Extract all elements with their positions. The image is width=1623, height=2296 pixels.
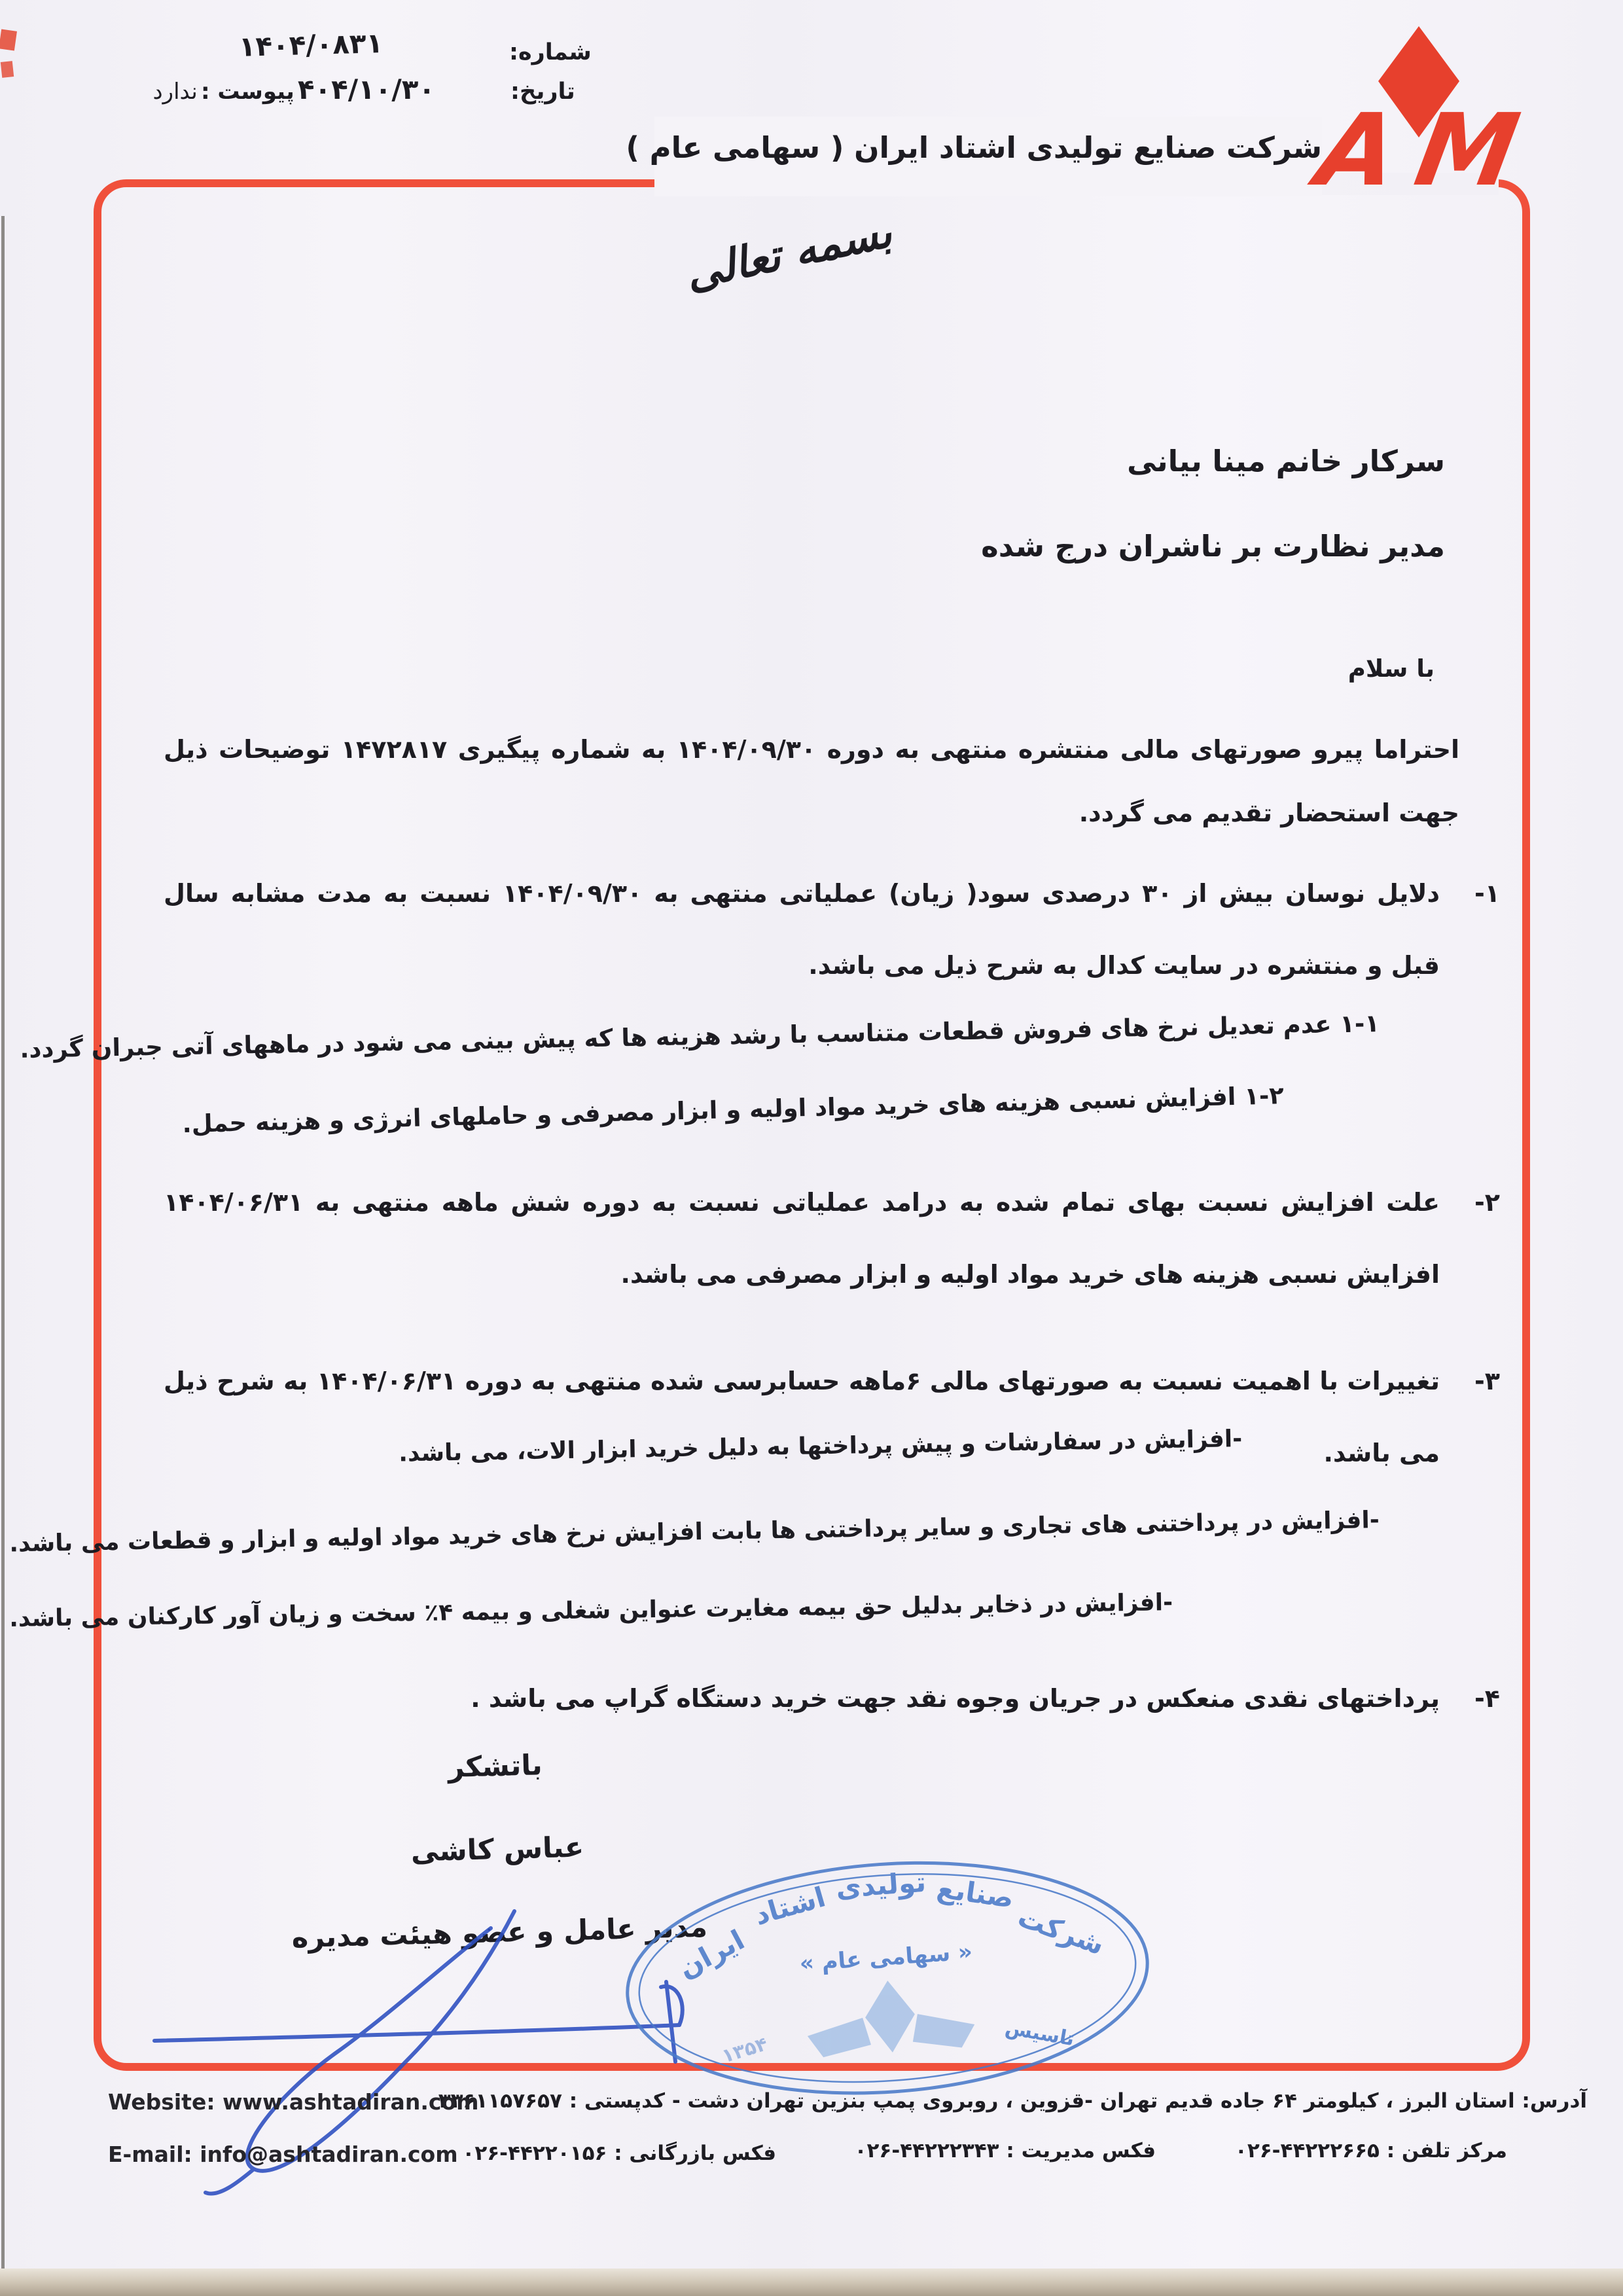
stamp-left-wing-icon (806, 2017, 872, 2058)
footer-fax-commercial: فکس بازرگانی : ۴۴۲۲۰۱۵۶-۰۲۶ (462, 2142, 776, 2165)
footer-address: آدرس: استان البرز ، کیلومتر ۶۴ جاده قدیم… (438, 2089, 1587, 2113)
scan-red-artifact (1, 61, 14, 78)
letter-date-label: تاریخ: (510, 79, 575, 105)
letter-number-value: ۱۴۰۴/۰۸۳۱ (232, 27, 389, 63)
item-1-number: ۱- (1440, 857, 1500, 1001)
stamp-word-2: صنایع (935, 1872, 1016, 1915)
recipient-name: سرکار خانم مینا بیانی (1127, 444, 1445, 478)
stamp-middle-text: « سهامی عام » (798, 1939, 973, 1977)
intro-paragraph: احتراما پیرو صورتهای مالی منتشره منتهی ب… (164, 718, 1459, 845)
signature-tail (205, 2169, 254, 2194)
stamp-logo-mark (804, 1975, 976, 2058)
item-2: ۲- علت افزایش نسبت بهای تمام شده به درام… (164, 1166, 1500, 1310)
item-3: ۳- تغییرات با اهمیت نسبت به صورتهای مالی… (164, 1345, 1500, 1489)
stamp-word-5: ایران (673, 1924, 750, 1985)
item-1: ۱- دلایل نوسان بیش از ۳۰ درصدی سود( زیان… (164, 857, 1500, 1001)
scan-bottom-edge (0, 2269, 1623, 2296)
stamp-established-year: ۱۳۵۴ (719, 2032, 770, 2067)
recipient-title: مدیر نظارت بر ناشران درج شده (981, 529, 1445, 564)
item-3-number: ۳- (1440, 1345, 1500, 1489)
attachment-label: پیوست : (201, 79, 294, 105)
item-4-text: پرداختهای نقدی منعکس در جریان وجوه نقد ج… (164, 1662, 1440, 1734)
footer-fax-management: فکس مدیریت : ۴۴۲۲۲۳۴۳-۰۲۶ (855, 2139, 1156, 2162)
stamp-established-label: تاسیس (1003, 2016, 1076, 2051)
company-stamp: شرکت صنایع تولیدی اشتاد ایران « سهامی عا… (599, 1833, 1179, 2123)
letter-date-row: ۴۰۴/۱۰/۳۰ پیوست : ندارد (128, 73, 435, 105)
footer-email: E-mail: info@ashtadiran.com (108, 2142, 458, 2167)
footer-phone: مرکز تلفن : ۴۴۲۲۲۶۶۵-۰۲۶ (1235, 2139, 1507, 2162)
logo-letter-a: A (1304, 93, 1406, 190)
stamp-diamond-icon (863, 1979, 917, 2054)
company-name: شرکت صنایع تولیدی اشتاد ایران ( سهامی عا… (654, 117, 1322, 196)
item-2-text: علت افزایش نسبت بهای تمام شده به درامد ع… (164, 1166, 1440, 1310)
item-4: ۴- پرداختهای نقدی منعکس در جریان وجوه نق… (164, 1662, 1500, 1734)
scan-red-artifact (0, 29, 17, 50)
letter-number-label: شماره: (509, 39, 592, 65)
footer-website: Website: www.ashtadiran.com (108, 2089, 478, 2115)
scan-edge-line (1, 216, 5, 2296)
item-1-text: دلایل نوسان بیش از ۳۰ درصدی سود( زیان) ع… (164, 857, 1440, 1001)
item-4-number: ۴- (1440, 1662, 1500, 1734)
stamp-right-wing-icon (911, 2010, 976, 2051)
ashtad-logo: A M (1304, 25, 1534, 190)
signoff-thanks: باتشکر (268, 1719, 722, 1814)
logo-letter-m: M (1408, 93, 1527, 190)
item-2-number: ۲- (1440, 1166, 1500, 1310)
signature-horizontal-stroke (154, 2025, 679, 2041)
attachment-value: ندارد (153, 79, 198, 105)
signature-loop (247, 1911, 514, 2171)
letter-date-value: ۴۰۴/۱۰/۳۰ (298, 73, 435, 105)
greeting: با سلام (1348, 655, 1435, 683)
item-3-text: تغییرات با اهمیت نسبت به صورتهای مالی ۶م… (164, 1345, 1440, 1489)
stamp-word-3: تولیدی (835, 1866, 927, 1905)
scanned-letter-page: { "page": { "accent_red": "#f0503b", "lo… (0, 0, 1623, 2296)
